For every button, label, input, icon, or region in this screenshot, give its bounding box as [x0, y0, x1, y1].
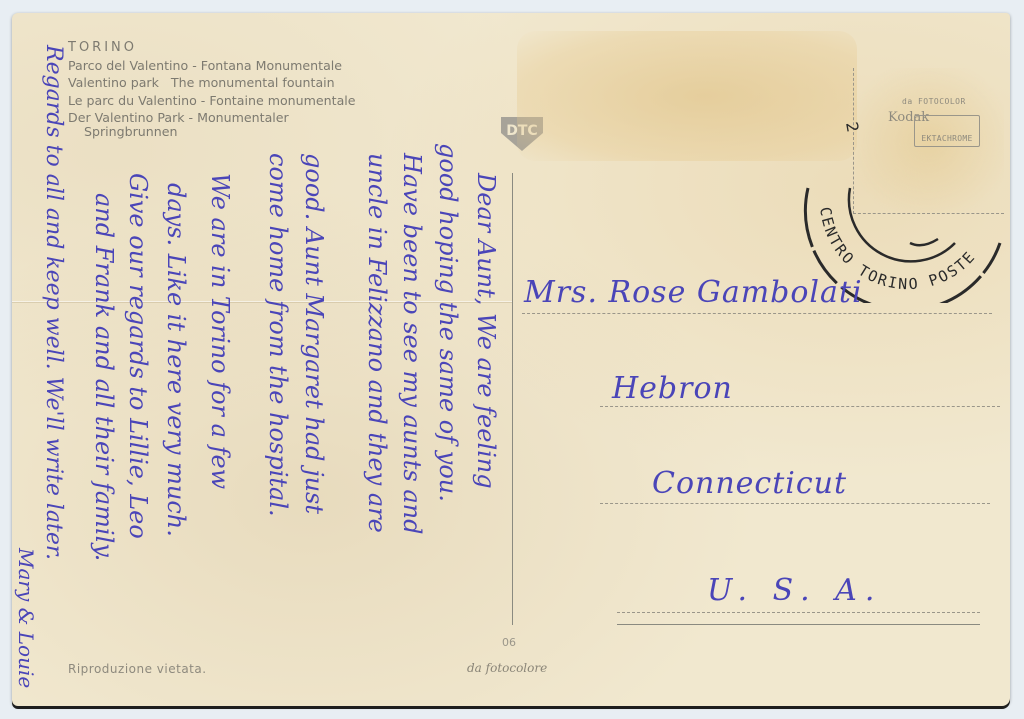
- svg-text:2: 2: [842, 120, 862, 133]
- message-signature: Mary & Louie: [16, 548, 36, 688]
- caption-city: TORINO: [68, 39, 356, 57]
- address-line-4-solid: [617, 624, 980, 625]
- reproduction-notice: Riproduzione vietata.: [68, 662, 207, 676]
- message-line: Give our regards to Lillie, Leo: [126, 173, 150, 539]
- address-line-1: [522, 313, 992, 314]
- message-line: Have been to see my aunts and: [400, 153, 424, 534]
- printed-caption: TORINO Parco del Valentino - Fontana Mon…: [68, 39, 356, 140]
- message-line: good hoping the same of you.: [436, 143, 460, 502]
- address-city: Hebron: [612, 371, 733, 406]
- address-country: U. S. A.: [707, 573, 882, 608]
- card-number: 06: [502, 636, 516, 649]
- address-state: Connecticut: [652, 466, 847, 501]
- message-line: uncle in Felizzano and they are: [365, 153, 389, 533]
- message-line: Regards to all and keep well. We'll writ…: [42, 45, 64, 560]
- postcard-back: TORINO Parco del Valentino - Fontana Mon…: [12, 13, 1010, 706]
- caption-line-italian: Parco del Valentino - Fontana Monumental…: [68, 57, 356, 75]
- message-line: and Frank and all their family.: [92, 193, 116, 561]
- message-line: come home from the hospital.: [266, 153, 290, 517]
- caption-line-french: Le parc du Valentino - Fontaine monument…: [68, 92, 356, 110]
- address-line-4: [617, 612, 980, 613]
- message-line: good. Aunt Margaret had just: [302, 153, 326, 514]
- message-line: We are in Torino for a few: [208, 173, 232, 489]
- caption-line-english: Valentino park The monumental fountain: [68, 74, 356, 92]
- postmark-icon: CENTRO TORINO POSTE 2: [790, 93, 1020, 303]
- address-recipient: Mrs. Rose Gambolati: [524, 275, 863, 310]
- publisher-credit: da fotocolore: [467, 661, 547, 675]
- address-line-3: [600, 503, 990, 504]
- address-line-2: [600, 406, 1000, 407]
- message-line: days. Like it here very much.: [164, 183, 188, 537]
- message-address-divider: [512, 173, 513, 625]
- message-line: Dear Aunt, We are feeling: [474, 173, 498, 489]
